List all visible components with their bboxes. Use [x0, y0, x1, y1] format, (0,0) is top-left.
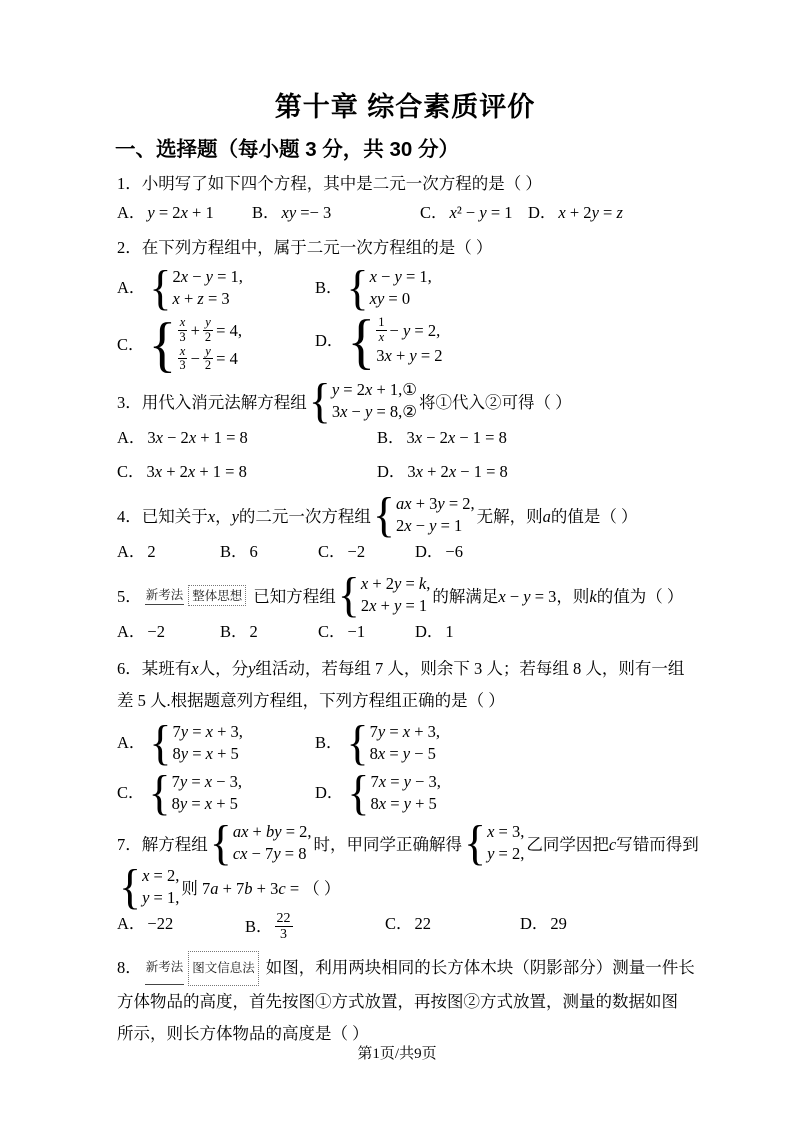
question-7-option-b: B． 223 — [245, 911, 385, 943]
question-6-option-b: B． {7y = x + 3,8x = y − 5 — [315, 721, 442, 765]
left-brace: { — [464, 822, 486, 863]
stem-text: 时，甲同学正确解得 — [314, 831, 463, 855]
left-brace: { — [210, 822, 232, 863]
option-label: A． — [117, 730, 145, 756]
question-1: 1．小明写了如下四个方程，其中是二元一次方程的是（ ） A．y = 2x + 1… — [117, 170, 717, 226]
question-8: 8． 新考法 图文信息法 如图，利用两块相同的长方体木块（阴影部分）测量一件长 … — [117, 951, 717, 1050]
option-label: C． — [117, 332, 145, 358]
tag-method-name: 整体思想 — [188, 585, 246, 606]
question-7-stem-line-1: 7．解方程组 {ax + by = 2,cx − 7y = 8 时，甲同学正确解… — [117, 821, 717, 865]
question-4: 4．已知关于x，y的二元一次方程组 { ax + 3y = 2,2x − y =… — [117, 493, 717, 565]
equation-line: 2x + y = 1 — [361, 595, 430, 617]
option-text: x + 2y = z — [558, 200, 622, 226]
option-label: A． — [117, 539, 145, 565]
question-8-stem-line-2: 方体物品的高度，首先按图①方式放置，再按图②方式放置，测量的数据如图 — [117, 986, 717, 1018]
operator: + — [191, 317, 200, 344]
option-label: A． — [117, 425, 145, 451]
option-label: C． — [117, 780, 145, 806]
equation-system: { ax + 3y = 2,2x − y = 1 — [373, 493, 475, 537]
question-2-option-a: A． { 2x − y = 1,x + z = 3 — [117, 266, 315, 310]
left-brace: { — [373, 494, 395, 535]
question-6-stem-line-1: 6．某班有x人，分y组活动，若每组 7 人，则余下 3 人；若每组 8 人，则有… — [117, 653, 717, 685]
fraction: y2 — [203, 345, 213, 374]
question-2-option-b: B． { x − y = 1,xy = 0 — [315, 266, 434, 310]
equation-system: { x + 2y = k,2x + y = 1 — [338, 573, 431, 617]
question-3-option-c: C．3x + 2x + 1 = 8 — [117, 459, 377, 485]
question-5: 5． 新考法 整体思想 已知方程组 { x + 2y = k,2x + y = … — [117, 573, 717, 645]
option-label: B． — [315, 730, 343, 756]
equation-line: 2x − y = 1 — [396, 515, 475, 537]
stem-text: 乙同学因把c写错而得到 — [526, 831, 698, 855]
section-heading: 一、选择题（每小题 3 分，共 30 分） — [115, 135, 717, 164]
option-text: −1 — [348, 619, 366, 645]
fraction: 1x — [376, 316, 386, 345]
stem-text: 已知方程组 — [253, 583, 336, 607]
method-tags: 新考法 图文信息法 — [145, 951, 259, 986]
question-3-options-row-1: A．3x − 2x + 1 = 8 B．3x − 2x − 1 = 8 — [117, 425, 717, 451]
stem-text: 如图，利用两块相同的长方体木块（阴影部分）测量一件长 — [266, 952, 695, 984]
option-text: 3x + 2x + 1 = 8 — [147, 459, 247, 485]
equation-line: xy = 0 — [370, 288, 432, 310]
option-label: C． — [117, 459, 145, 485]
question-number: 5． — [117, 583, 142, 607]
option-label: C． — [318, 619, 346, 645]
question-1-option-c: C．x² − y = 1 — [420, 200, 528, 226]
option-text: 3x − 2x + 1 = 8 — [147, 425, 247, 451]
question-3-option-a: A．3x − 2x + 1 = 8 — [117, 425, 377, 451]
question-6-options-row-2: C． {7y = x − 3,8y = x + 5 D． {7x = y − 3… — [117, 771, 717, 815]
fraction: y2 — [203, 316, 213, 345]
left-brace: { — [149, 722, 171, 763]
option-label: D． — [415, 619, 443, 645]
option-label: D． — [415, 539, 443, 565]
equation-line: x = 3, — [487, 821, 524, 843]
left-brace: { — [347, 772, 369, 813]
option-text: −2 — [348, 539, 366, 565]
equation-line: 2x − y = 1, — [173, 266, 243, 288]
left-brace: { — [149, 267, 171, 308]
left-brace: { — [119, 866, 141, 907]
equation-line: 8x = y + 5 — [371, 793, 441, 815]
option-text: −6 — [445, 539, 463, 565]
stem-text: 无解，则a的值是（ ） — [477, 503, 638, 527]
question-2-option-d: D． { 1x − y = 2, 3x + y = 2 — [315, 316, 445, 367]
question-3-option-d: D．3x + 2x − 1 = 8 — [377, 459, 508, 485]
option-text: y = 2x + 1 — [147, 200, 213, 226]
page-number: 第1页/共9页 — [0, 1042, 794, 1063]
equation-system: {x = 3,y = 2, — [464, 821, 524, 865]
option-text: 22 — [415, 911, 432, 937]
equation-system: {x = 2,y = 1, — [119, 865, 179, 909]
equation-line: x − y = 1, — [370, 266, 432, 288]
stem-text: 则 7a + 7b + 3c = （ ） — [181, 875, 340, 899]
question-7-option-c: C．22 — [385, 911, 520, 937]
option-label: B． — [245, 914, 273, 940]
question-1-option-b: B．xy =− 3 — [252, 200, 420, 226]
question-7-option-a: A．−22 — [117, 911, 245, 937]
question-4-option-c: C．−2 — [318, 539, 415, 565]
question-1-stem: 1．小明写了如下四个方程，其中是二元一次方程的是（ ） — [117, 170, 717, 198]
option-label: A． — [117, 619, 145, 645]
option-label: B． — [377, 425, 405, 451]
equation-system: { 2x − y = 1,x + z = 3 — [149, 266, 243, 310]
question-6-option-c: C． {7y = x − 3,8y = x + 5 — [117, 771, 315, 815]
fraction: x3 — [177, 345, 187, 374]
question-5-option-b: B．2 — [220, 619, 318, 645]
equation-line: 8y = x + 5 — [172, 793, 242, 815]
equation-line: 1x − y = 2, — [376, 316, 442, 345]
option-label: B． — [220, 619, 248, 645]
option-text: −22 — [147, 911, 173, 937]
question-2-stem: 2．在下列方程组中，属于二元一次方程组的是（ ） — [117, 234, 717, 262]
equation-line: 8x = y − 5 — [370, 743, 440, 765]
page-content: 第十章 综合素质评价 一、选择题（每小题 3 分，共 30 分） 1．小明写了如… — [117, 90, 717, 1052]
question-1-option-a: A．y = 2x + 1 — [117, 200, 252, 226]
question-4-stem: 4．已知关于x，y的二元一次方程组 { ax + 3y = 2,2x − y =… — [117, 493, 717, 537]
left-brace: { — [347, 315, 375, 367]
equation-system: {7y = x + 3,8y = x + 5 — [149, 721, 243, 765]
question-2-option-c: C． { x3 + y2 = 4, x3 − — [117, 316, 315, 373]
operator: − — [191, 345, 200, 372]
option-text: 6 — [250, 539, 258, 565]
left-brace: { — [149, 772, 171, 813]
option-label: C． — [318, 539, 346, 565]
left-brace: { — [149, 319, 177, 371]
question-3-options-row-2: C．3x + 2x + 1 = 8 D．3x + 2x − 1 = 8 — [117, 459, 717, 485]
option-text: 3x − 2x − 1 = 8 — [407, 425, 507, 451]
stem-text: 7．解方程组 — [117, 831, 208, 855]
option-text: xy =− 3 — [282, 200, 332, 226]
question-8-stem-line-1: 8． 新考法 图文信息法 如图，利用两块相同的长方体木块（阴影部分）测量一件长 — [117, 951, 717, 986]
equation-system: { y = 2x + 1,①3x − y = 8,② — [309, 379, 417, 423]
question-6-option-a: A． {7y = x + 3,8y = x + 5 — [117, 721, 315, 765]
question-7-options: A．−22 B． 223 C．22 D．29 — [117, 911, 717, 943]
option-label: C． — [420, 200, 448, 226]
equation-system: { x3 + y2 = 4, x3 − y2 — [149, 316, 242, 373]
equation-line: 7y = x − 3, — [172, 771, 242, 793]
question-5-option-c: C．−1 — [318, 619, 415, 645]
question-2-options-row-2: C． { x3 + y2 = 4, x3 − — [117, 316, 717, 373]
equation-line: x + z = 3 — [173, 288, 243, 310]
option-label: C． — [385, 911, 413, 937]
option-text: x² − y = 1 — [450, 200, 513, 226]
option-label: D． — [315, 328, 343, 354]
question-4-option-b: B．6 — [220, 539, 318, 565]
option-label: D． — [377, 459, 405, 485]
equation-system: { 1x − y = 2, 3x + y = 2 — [347, 316, 442, 367]
option-text: 1 — [445, 619, 453, 645]
question-7-option-d: D．29 — [520, 911, 567, 937]
equation-line: ax + 3y = 2, — [396, 493, 475, 515]
question-3-option-b: B．3x − 2x − 1 = 8 — [377, 425, 507, 451]
left-brace: { — [347, 722, 369, 763]
option-label: D． — [528, 200, 556, 226]
question-3-stem: 3．用代入消元法解方程组 { y = 2x + 1,①3x − y = 8,② … — [117, 379, 717, 423]
equation-line: cx − 7y = 8 — [233, 843, 312, 865]
equation-rest: = 4, — [216, 317, 242, 344]
left-brace: { — [338, 574, 360, 615]
question-1-options: A．y = 2x + 1 B．xy =− 3 C．x² − y = 1 D．x … — [117, 200, 717, 226]
question-6-options-row-1: A． {7y = x + 3,8y = x + 5 B． {7y = x + 3… — [117, 721, 717, 765]
option-label: B． — [315, 275, 343, 301]
question-6-stem-line-2: 差 5 人.根据题意列方程组，下列方程组正确的是（ ） — [117, 685, 717, 717]
question-2-options-row-1: A． { 2x − y = 1,x + z = 3 B． { x − y = 1… — [117, 266, 717, 310]
question-5-option-d: D．1 — [415, 619, 454, 645]
option-label: D． — [315, 780, 343, 806]
question-5-options: A．−2 B．2 C．−1 D．1 — [117, 619, 717, 645]
option-text: −2 — [147, 619, 165, 645]
exam-page: 第十章 综合素质评价 一、选择题（每小题 3 分，共 30 分） 1．小明写了如… — [0, 0, 794, 1123]
option-text: 29 — [550, 911, 567, 937]
equation-line: y = 2, — [487, 843, 524, 865]
option-label: D． — [520, 911, 548, 937]
option-text: 3x + 2x − 1 = 8 — [407, 459, 507, 485]
equation-line: x + 2y = k, — [361, 573, 430, 595]
equation-system: {7y = x + 3,8x = y − 5 — [347, 721, 441, 765]
equation-line: 7x = y − 3, — [371, 771, 441, 793]
tag-new-method: 新考法 — [145, 951, 185, 985]
equation-line: ax + by = 2, — [233, 821, 312, 843]
question-4-option-d: D．−6 — [415, 539, 463, 565]
equation-rest: − y = 2, — [390, 317, 441, 344]
question-number: 8． — [117, 952, 142, 984]
tag-new-method: 新考法 — [145, 585, 185, 605]
equation-line: 8y = x + 5 — [173, 743, 243, 765]
left-brace: { — [309, 380, 331, 421]
fraction: x3 — [177, 316, 187, 345]
equation-line: x = 2, — [142, 865, 179, 887]
equation-system: { x − y = 1,xy = 0 — [347, 266, 432, 310]
equation-line: 7y = x + 3, — [173, 721, 243, 743]
question-4-option-a: A．2 — [117, 539, 220, 565]
stem-text: 4．已知关于x，y的二元一次方程组 — [117, 503, 371, 527]
question-7-stem-line-2: {x = 2,y = 1, 则 7a + 7b + 3c = （ ） — [117, 865, 717, 909]
question-2: 2．在下列方程组中，属于二元一次方程组的是（ ） A． { 2x − y = 1… — [117, 234, 717, 373]
option-label: A． — [117, 911, 145, 937]
equation-line: y = 2x + 1,① — [332, 379, 417, 401]
method-tags: 新考法 整体思想 — [145, 585, 247, 606]
option-text: 2 — [147, 539, 155, 565]
equation-line: 3x − y = 8,② — [332, 401, 417, 423]
question-3: 3．用代入消元法解方程组 { y = 2x + 1,①3x − y = 8,② … — [117, 379, 717, 485]
stem-text: 3．用代入消元法解方程组 — [117, 389, 307, 413]
option-label: B． — [252, 200, 280, 226]
question-6: 6．某班有x人，分y组活动，若每组 7 人，则余下 3 人；若每组 8 人，则有… — [117, 653, 717, 815]
question-6-option-d: D． {7x = y − 3,8x = y + 5 — [315, 771, 443, 815]
option-text: 2 — [250, 619, 258, 645]
equation-system: {7x = y − 3,8x = y + 5 — [347, 771, 441, 815]
equation-system: {ax + by = 2,cx − 7y = 8 — [210, 821, 312, 865]
equation-line: y = 1, — [142, 887, 179, 909]
option-label: A． — [117, 200, 145, 226]
stem-text: 将①代入②可得（ ） — [419, 389, 572, 413]
question-4-options: A．2 B．6 C．−2 D．−6 — [117, 539, 717, 565]
question-7: 7．解方程组 {ax + by = 2,cx − 7y = 8 时，甲同学正确解… — [117, 821, 717, 943]
question-5-option-a: A．−2 — [117, 619, 220, 645]
page-title: 第十章 综合素质评价 — [93, 90, 717, 125]
stem-text: 的解满足x − y = 3，则k的值为（ ） — [432, 583, 683, 607]
equation-line: x3 + y2 = 4, — [177, 316, 242, 345]
left-brace: { — [347, 267, 369, 308]
question-5-stem: 5． 新考法 整体思想 已知方程组 { x + 2y = k,2x + y = … — [117, 573, 717, 617]
equation-line: 7y = x + 3, — [370, 721, 440, 743]
equation-system: {7y = x − 3,8y = x + 5 — [149, 771, 243, 815]
option-label: B． — [220, 539, 248, 565]
question-1-option-d: D．x + 2y = z — [528, 200, 623, 226]
equation-rest: = 4 — [216, 345, 238, 372]
equation-line: x3 − y2 = 4 — [177, 345, 242, 374]
tag-method-name: 图文信息法 — [188, 951, 259, 986]
equation-line: 3x + y = 2 — [376, 345, 442, 367]
fraction: 223 — [275, 911, 293, 943]
option-label: A． — [117, 275, 145, 301]
